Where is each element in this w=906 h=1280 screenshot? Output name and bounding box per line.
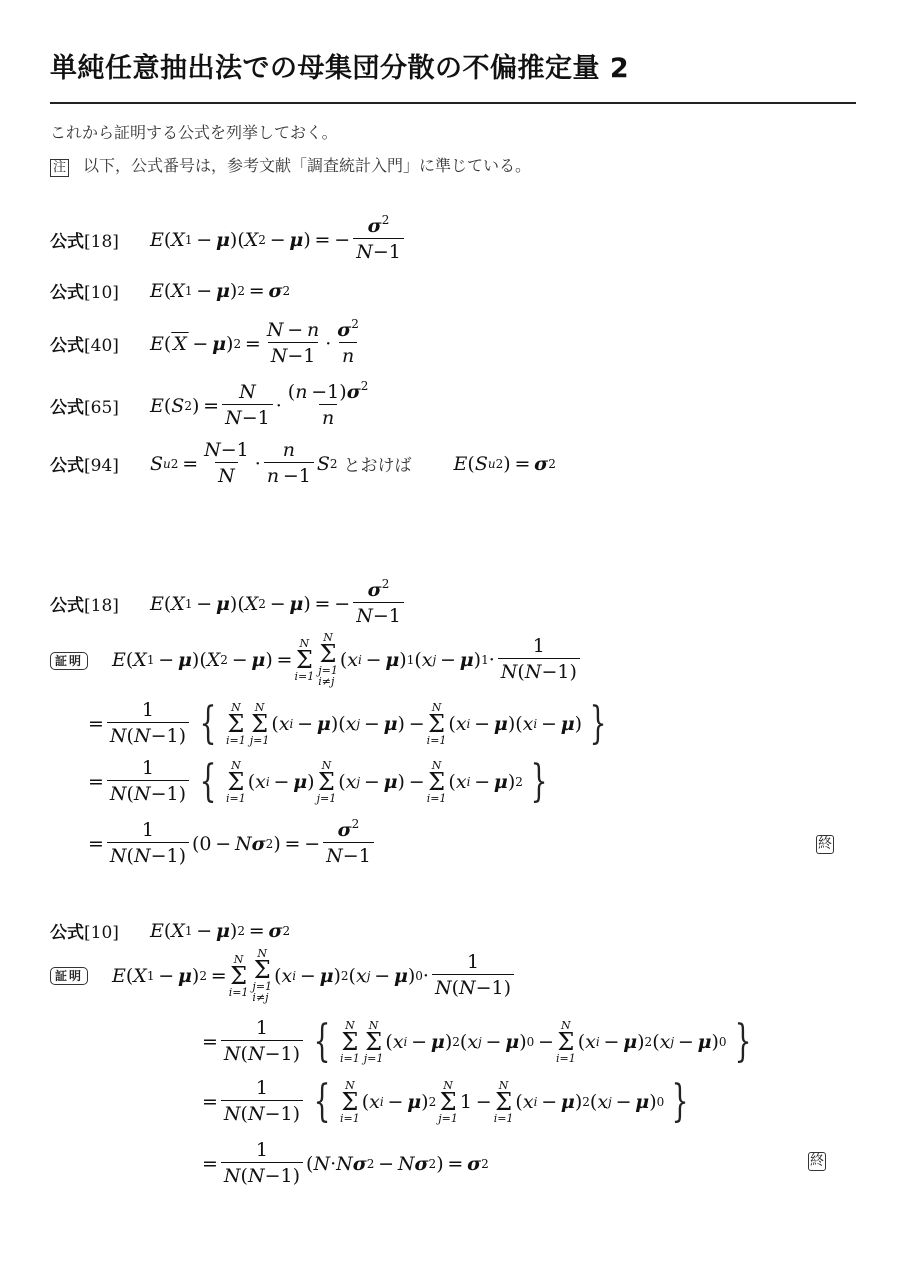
proof10-line3: =1N(N−1){NΣi=1(xi − μ)2NΣj=11 −NΣi=1(xi … — [202, 1076, 696, 1127]
title-divider — [50, 102, 856, 104]
proof18-line1: E(X1 − μ)(X2 − μ) =NΣi=1NΣj=1i≠j(xi − μ)… — [112, 632, 583, 687]
page-title: 単純任意抽出法での母集団分散の不偏推定量 2 — [50, 46, 629, 85]
formula-94-expr: Su2 =N−1N·nn −1S2とおけばE(Su2) = σ2 — [150, 438, 556, 489]
formula-65: 公式[65] E(S2) =NN−1·(n −1)σ2n — [50, 380, 374, 431]
formula-94: 公式[94] Su2 =N−1N·nn −1S2とおけばE(Su2) = σ2 — [50, 438, 556, 489]
proof-label-18: 証明 — [50, 652, 88, 670]
proof18-line2: =1N(N−1){NΣi=1NΣj=1(xi − μ)(xj − μ) −NΣi… — [88, 698, 614, 749]
proof10-line2: =1N(N−1){NΣi=1NΣj=1(xi − μ)2(xj − μ)0 −N… — [202, 1016, 759, 1067]
intro-text: これから証明する公式を列挙しておく。 — [50, 120, 338, 143]
end-mark-18: 終 — [816, 835, 834, 854]
formula-10: 公式[10] E(X1 − μ)2 = σ2 — [50, 278, 290, 303]
formula-10-heading: 公式[10] E(X1 − μ)2 = σ2 — [50, 918, 290, 943]
note-text: 以下，公式番号は，参考文献「調査統計入門」に準じている。 — [83, 156, 531, 175]
note-label-box: 注 — [50, 159, 69, 177]
note-line: 注以下，公式番号は，参考文献「調査統計入門」に準じている。 — [50, 153, 531, 177]
formula-65-expr: E(S2) =NN−1·(n −1)σ2n — [150, 380, 374, 431]
formula-40-expr: E( X − μ)2 =N − nN−1·σ2n — [150, 318, 365, 369]
proof10-line1: E(X1 − μ)2 =NΣi=1NΣj=1i≠j(xi − μ)2(xj − … — [112, 948, 517, 1003]
proof18-line4: =1N(N−1)(0 − Nσ2) = −σ2N−1 — [88, 818, 377, 869]
proof18-line3: =1N(N−1){NΣi=1(xi − μ)NΣj=1(xj − μ) −NΣi… — [88, 756, 555, 807]
formula-18: 公式[18] E(X1 − μ)(X2 − μ) = −σ2N−1 — [50, 214, 407, 265]
formula-18-expr: E(X1 − μ)(X2 − μ) = −σ2N−1 — [150, 214, 407, 265]
proof10-line4: =1N(N−1)(N·Nσ2 − Nσ2) = σ2 — [202, 1138, 489, 1189]
formula-10-expr: E(X1 − μ)2 = σ2 — [150, 280, 290, 302]
formula-18-heading: 公式[18] E(X1 − μ)(X2 − μ) = −σ2N−1 — [50, 578, 407, 629]
formula-40: 公式[40] E( X − μ)2 =N − nN−1·σ2n — [50, 318, 365, 369]
end-mark-10: 終 — [808, 1152, 826, 1171]
proof-label-10: 証明 — [50, 967, 88, 985]
